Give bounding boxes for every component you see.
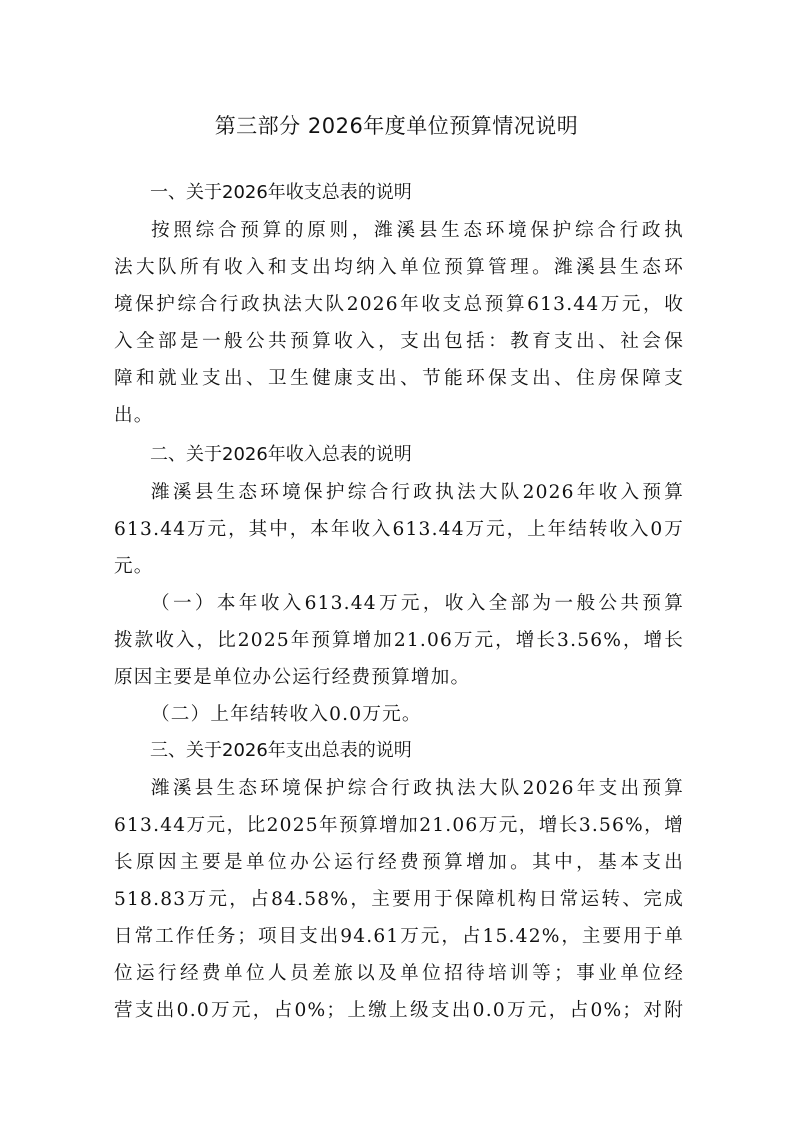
text-line: 日常工作任务；项目支出94.61万元，占15.42%，主要用于单 [114,918,684,955]
section-2-paragraph-3: （二）上年结转收入0.0万元。 [114,696,684,733]
section-heading-3: 三、关于2026年支出总表的说明 [150,736,412,762]
text-line: 拨款收入，比2025年预算增加21.06万元，增长3.56%，增长 [114,622,684,659]
section-2-paragraph-2: （一）本年收入613.44万元，收入全部为一般公共预算 拨款收入，比2025年预… [114,585,684,696]
text-line: 位运行经费单位人员差旅以及单位招待培训等；事业单位经 [114,955,684,992]
text-line: 元。 [114,548,684,585]
text-line: 障和就业支出、卫生健康支出、节能环保支出、住房保障支 [114,360,684,397]
text-line: （一）本年收入613.44万元，收入全部为一般公共预算 [114,585,684,622]
text-line: 潍溪县生态环境保护综合行政执法大队2026年支出预算 [114,770,684,807]
text-line: 境保护综合行政执法大队2026年收支总预算613.44万元，收 [114,286,684,323]
section-2-paragraph-1: 潍溪县生态环境保护综合行政执法大队2026年收入预算 613.44万元，其中，本… [114,474,684,585]
section-3-paragraph-1: 潍溪县生态环境保护综合行政执法大队2026年支出预算 613.44万元，比202… [114,770,684,1029]
text-line: 长原因主要是单位办公运行经费预算增加。其中，基本支出 [114,844,684,881]
text-line: 潍溪县生态环境保护综合行政执法大队2026年收入预算 [114,474,684,511]
text-line: 原因主要是单位办公运行经费预算增加。 [114,659,684,696]
text-line: 法大队所有收入和支出均纳入单位预算管理。潍溪县生态环 [114,249,684,286]
document-page: 第三部分 2026年度单位预算情况说明 一、关于2026年收支总表的说明 按照综… [0,0,793,1122]
section-heading-2: 二、关于2026年收入总表的说明 [150,440,412,466]
text-line: 613.44万元，其中，本年收入613.44万元，上年结转收入0万 [114,511,684,548]
text-line: 营支出0.0万元，占0%；上缴上级支出0.0万元，占0%；对附 [114,992,684,1029]
section-1-paragraph-1: 按照综合预算的原则，潍溪县生态环境保护综合行政执 法大队所有收入和支出均纳入单位… [114,212,684,434]
page-title: 第三部分 2026年度单位预算情况说明 [0,110,793,140]
text-line: （二）上年结转收入0.0万元。 [114,696,684,733]
text-line: 出。 [114,397,684,434]
text-line: 入全部是一般公共预算收入，支出包括：教育支出、社会保 [114,323,684,360]
text-line: 按照综合预算的原则，潍溪县生态环境保护综合行政执 [114,212,684,249]
section-heading-1: 一、关于2026年收支总表的说明 [150,178,412,204]
text-line: 613.44万元，比2025年预算增加21.06万元，增长3.56%，增 [114,807,684,844]
text-line: 518.83万元，占84.58%，主要用于保障机构日常运转、完成 [114,881,684,918]
